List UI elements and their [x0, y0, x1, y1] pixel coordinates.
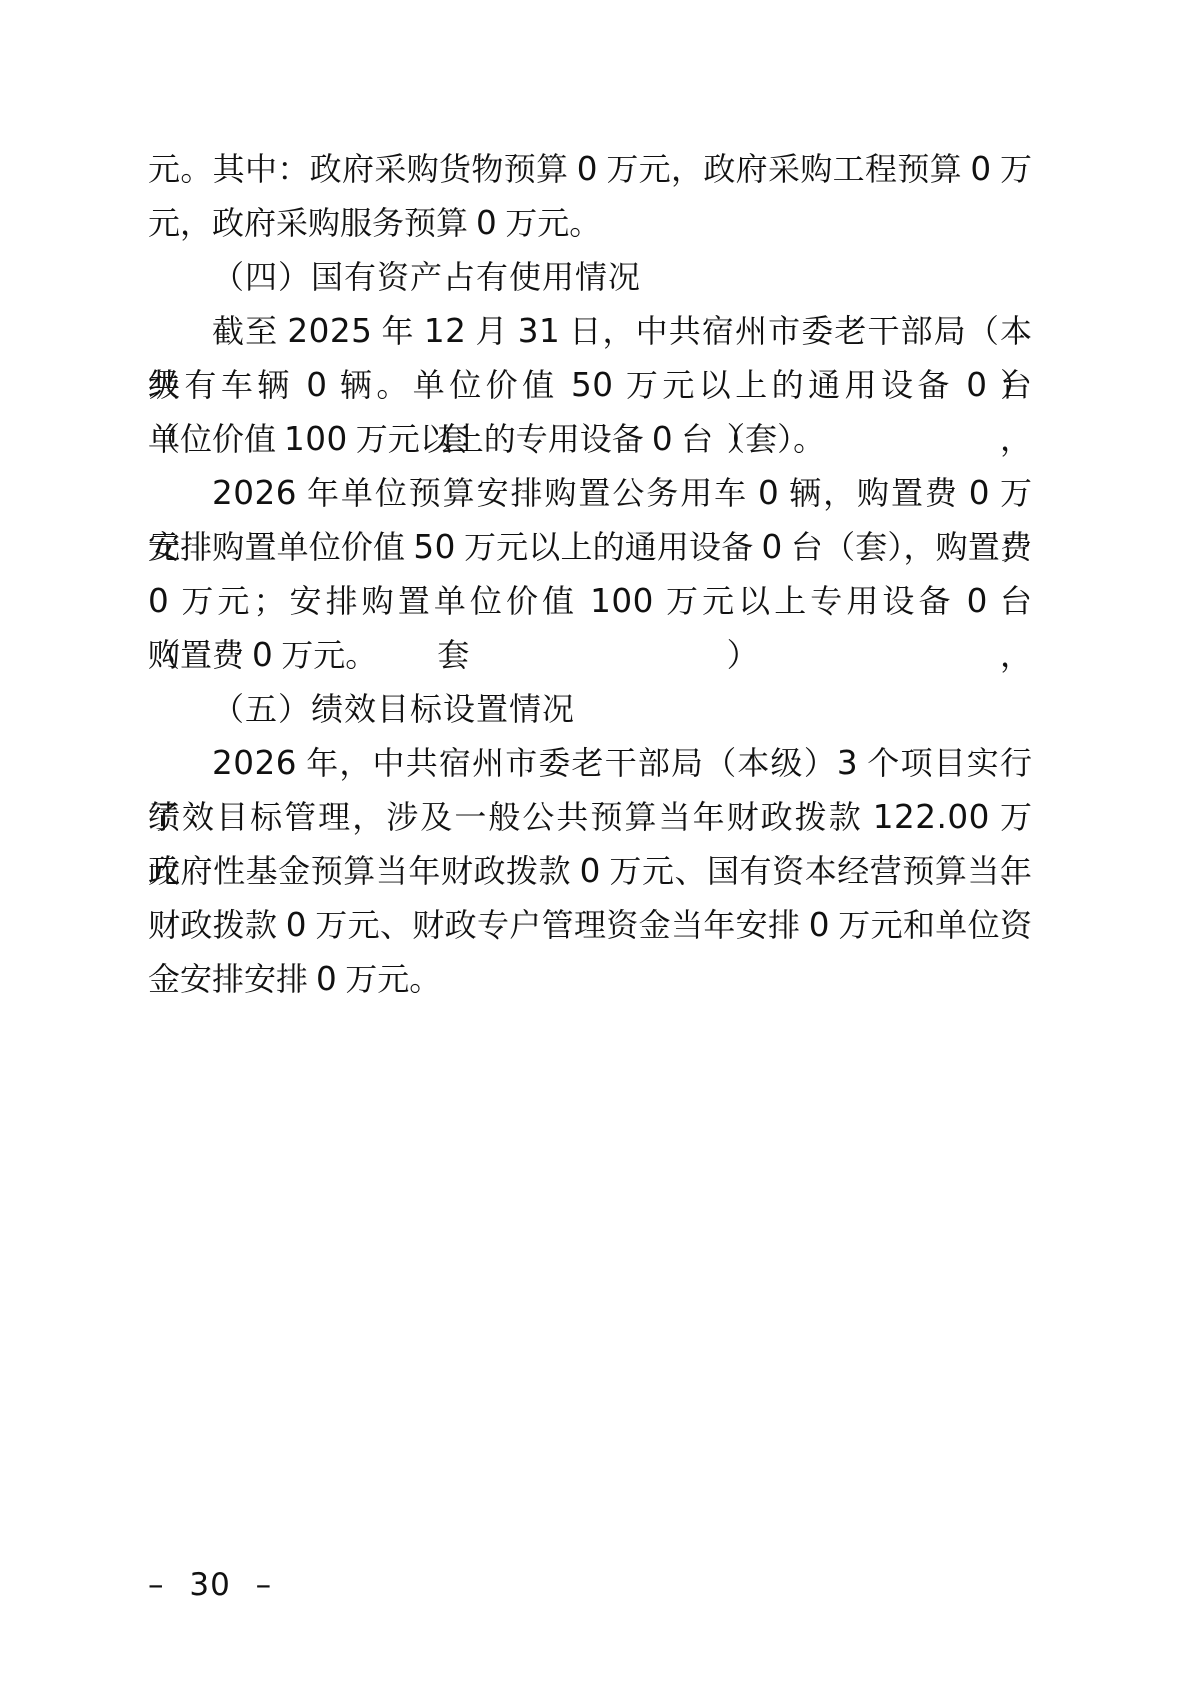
page-number: – 30 – — [148, 1567, 272, 1603]
section-heading: （四）国有资产占有使用情况 — [148, 250, 1032, 304]
numeric-value: 0 — [967, 582, 988, 620]
numeric-value: 0 — [652, 420, 673, 458]
numeric-value: 0 — [306, 366, 327, 404]
text-line: 政府性基金预算当年财政拨款 0 万元、国有资本经营预算当年 — [148, 844, 1032, 898]
numeric-value: 0 — [577, 150, 598, 188]
numeric-value: 0 — [286, 906, 307, 944]
numeric-value: 100 — [284, 420, 348, 458]
numeric-value: 122.00 — [873, 798, 990, 836]
numeric-value: 2026 — [212, 474, 297, 512]
numeric-value: 50 — [413, 528, 456, 566]
numeric-value: 0 — [148, 582, 169, 620]
text-line: 0 万元；安排购置单位价值 100 万元以上专用设备 0 台（套）， — [148, 574, 1032, 628]
text-line: 财政拨款 0 万元、财政专户管理资金当年安排 0 万元和单位资 — [148, 898, 1032, 952]
text-line: 共有车辆 0 辆。单位价值 50 万元以上的通用设备 0 台（套）， — [148, 358, 1032, 412]
numeric-value: 100 — [590, 582, 654, 620]
text-line: 安排购置单位价值 50 万元以上的通用设备 0 台（套），购置费 — [148, 520, 1032, 574]
numeric-value: 31 — [518, 312, 561, 350]
numeric-value: 0 — [970, 150, 991, 188]
text-line: 2026 年，中共宿州市委老干部局（本级）3 个项目实行了 — [148, 736, 1032, 790]
numeric-value: 0 — [580, 852, 601, 890]
numeric-value: 0 — [969, 474, 990, 512]
numeric-value: 0 — [316, 960, 337, 998]
text-line: 金安排安排 0 万元。 — [148, 952, 1032, 1006]
numeric-value: 2025 — [287, 312, 372, 350]
numeric-value: 0 — [758, 474, 779, 512]
numeric-value: 0 — [966, 366, 987, 404]
section-heading: （五）绩效目标设置情况 — [148, 682, 1032, 736]
document-page: 元。其中：政府采购货物预算 0 万元，政府采购工程预算 0 万元，政府采购服务预… — [0, 0, 1190, 1683]
numeric-value: 0 — [762, 528, 783, 566]
text-line: 绩效目标管理，涉及一般公共预算当年财政拨款 122.00 万元、 — [148, 790, 1032, 844]
text-line: 截至 2025 年 12 月 31 日，中共宿州市委老干部局（本级） — [148, 304, 1032, 358]
text-line: 2026 年单位预算安排购置公务用车 0 辆，购置费 0 万元； — [148, 466, 1032, 520]
text-line: 元，政府采购服务预算 0 万元。 — [148, 196, 1032, 250]
numeric-value: 3 — [837, 744, 858, 782]
numeric-value: 12 — [424, 312, 467, 350]
document-body: 元。其中：政府采购货物预算 0 万元，政府采购工程预算 0 万元，政府采购服务预… — [148, 142, 1032, 1006]
numeric-value: 0 — [476, 204, 497, 242]
numeric-value: 2026 — [212, 744, 297, 782]
numeric-value: 0 — [252, 636, 273, 674]
numeric-value: 50 — [571, 366, 614, 404]
numeric-value: 0 — [809, 906, 830, 944]
page-footer: – 30 – — [148, 1568, 272, 1602]
text-line: 元。其中：政府采购货物预算 0 万元，政府采购工程预算 0 万 — [148, 142, 1032, 196]
